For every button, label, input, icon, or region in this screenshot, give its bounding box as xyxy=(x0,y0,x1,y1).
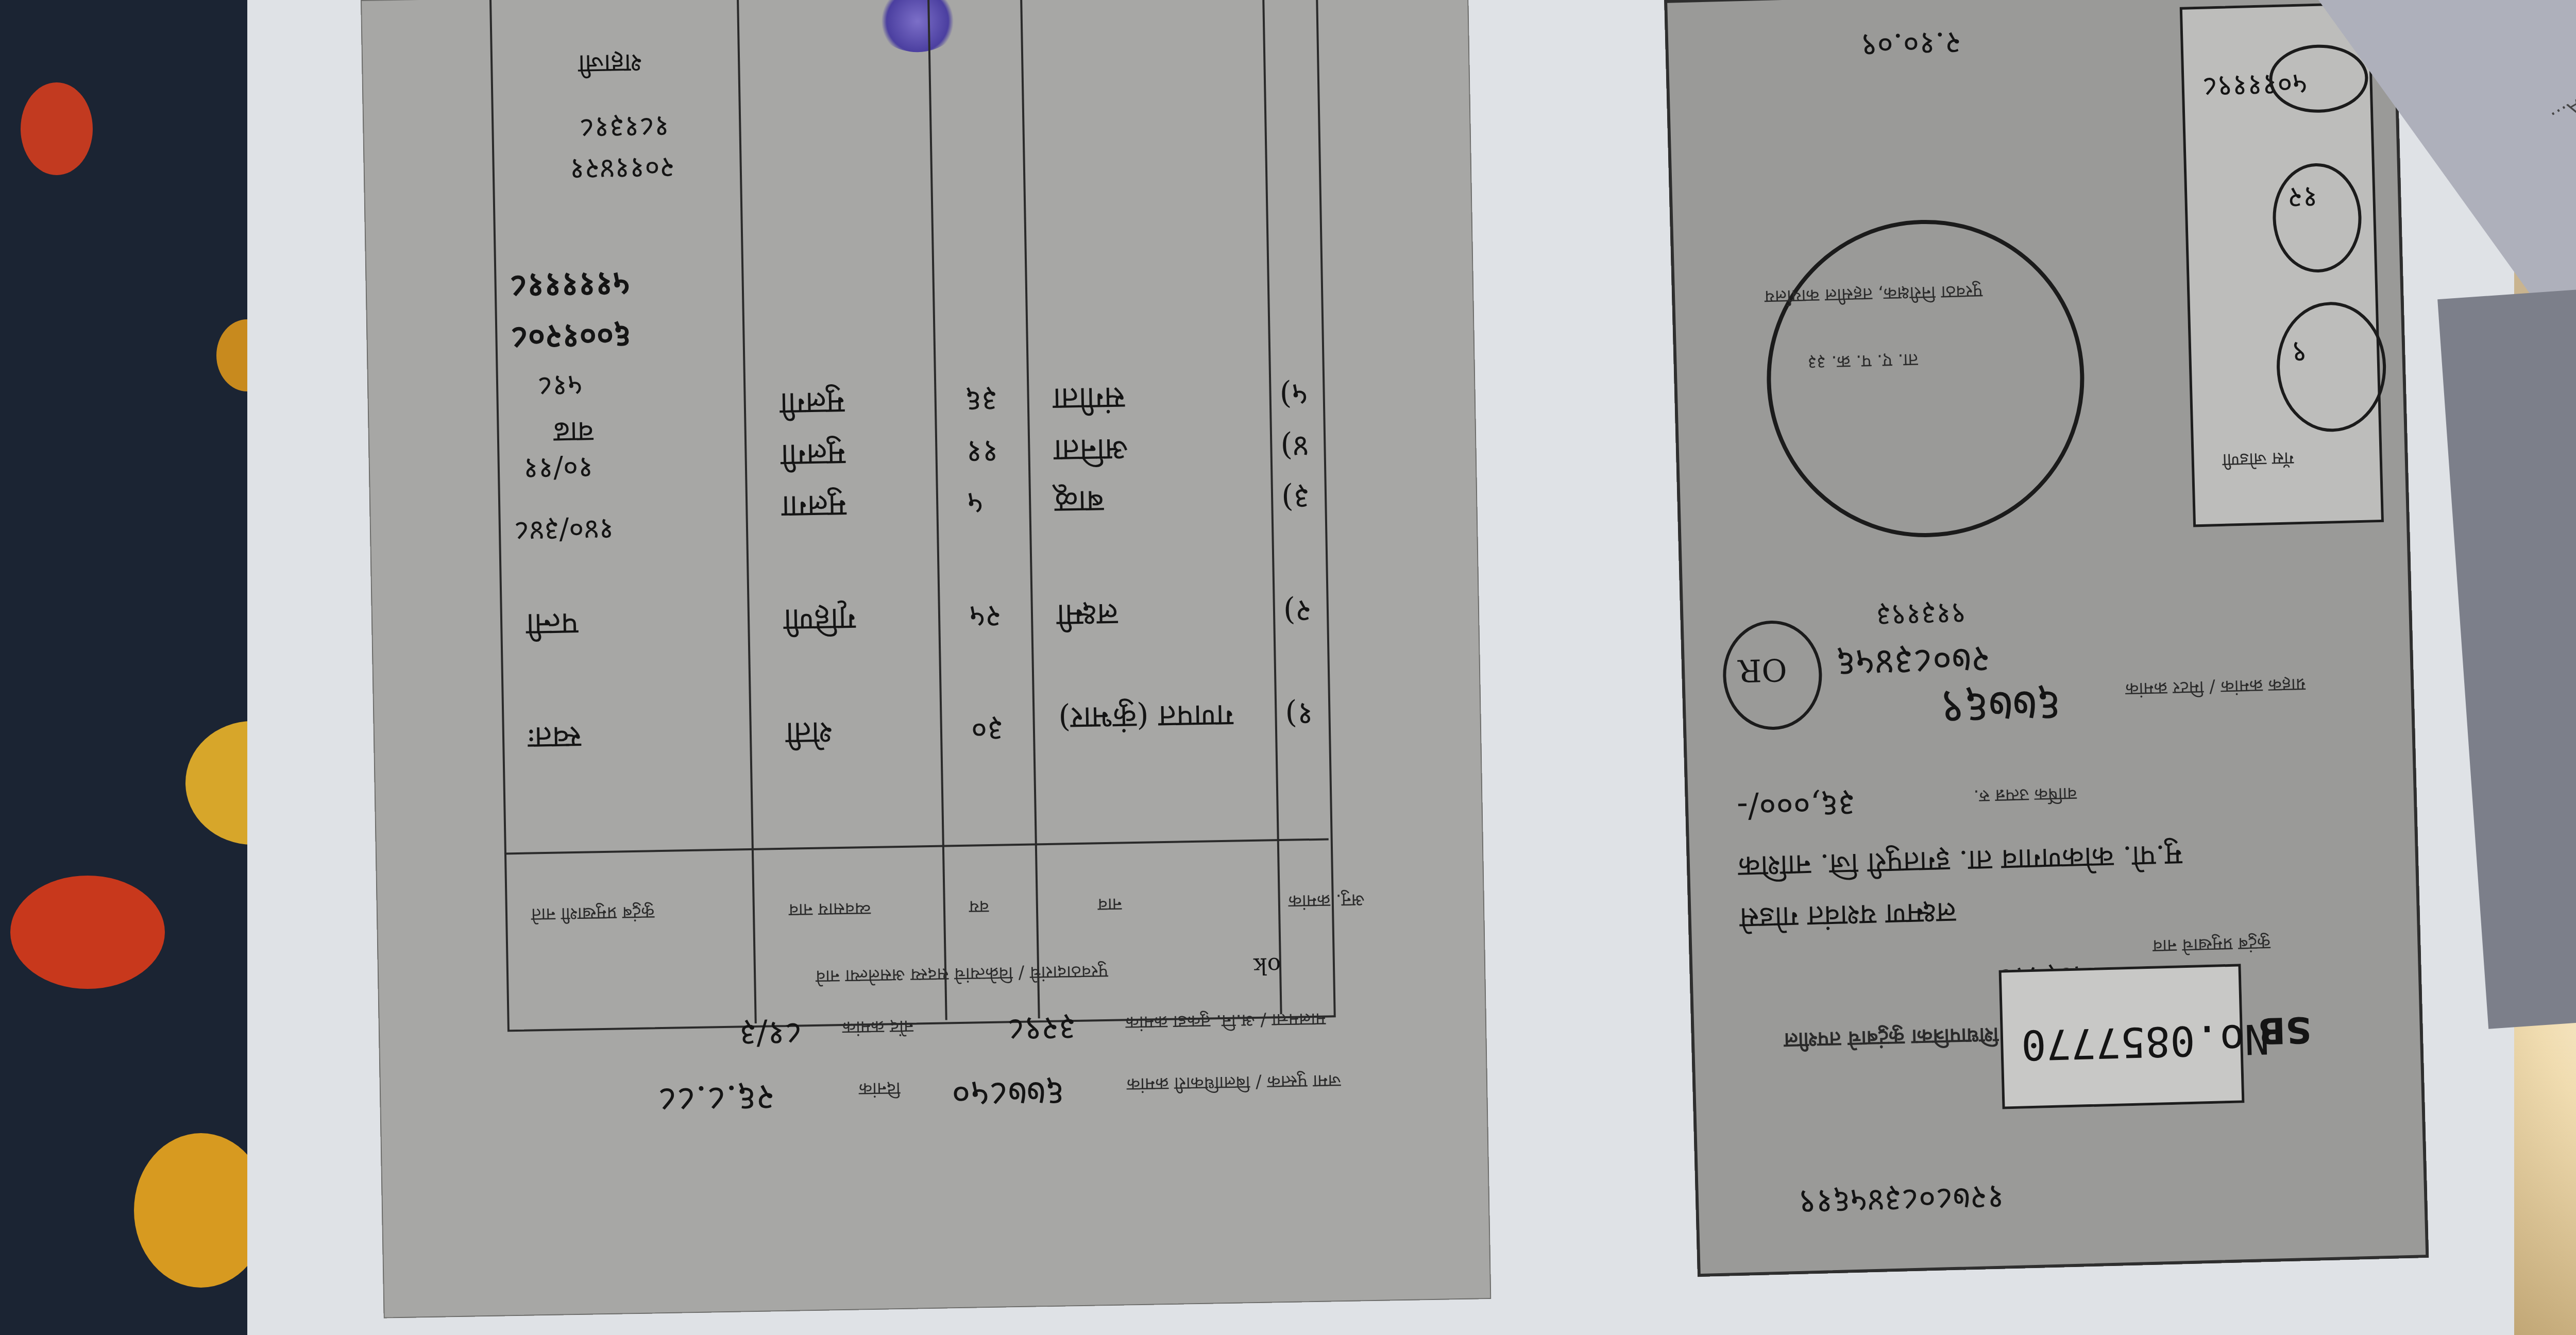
photo-scene: अनु. क्रमांक नाव वय व्यवसाय नाव कुटुंब प… xyxy=(0,0,2576,1335)
row-name: संगीता xyxy=(1053,378,1125,421)
col-header-serial: अनु. क्रमांक xyxy=(1288,889,1365,914)
sb-label: SB xyxy=(2258,1008,2312,1052)
consumer-number: ६७७६९ xyxy=(1940,675,2062,741)
row-serial: २) xyxy=(1283,591,1312,634)
row-serial: ५) xyxy=(1279,375,1308,418)
footer-serial: १२७८०८३४५६१९ xyxy=(1798,1176,2005,1226)
date-value: २६.८.८८ xyxy=(658,1074,775,1126)
fabric-red-spot xyxy=(10,876,165,989)
head-of-family-label: कुटुंब प्रमुखाचे नाव xyxy=(2153,932,2271,959)
entry-value: ८१/३ xyxy=(739,1012,802,1058)
fabric-red-spot xyxy=(21,82,93,175)
handwritten-note: १४०/३४८ xyxy=(514,511,614,552)
row-name: गणपत (कुंभार) xyxy=(1058,696,1234,741)
account-value: ६७७८५० xyxy=(951,1069,1064,1121)
row-age: ३६ xyxy=(965,381,998,423)
stamp-code: ता. ए. प. क्र. ३३ xyxy=(1807,349,1918,375)
shop-code: ९१३१९३ xyxy=(1875,595,1967,637)
row-name: अनिता xyxy=(1054,430,1129,473)
handwritten-note: ५१११११८ xyxy=(510,263,630,310)
table-header: गॅस जोडणी xyxy=(2222,447,2294,473)
handwritten-note: ६००१२०८ xyxy=(511,315,631,362)
card-title: शिधापत्रिका कुटुंबाचे तपशील xyxy=(1784,1022,1999,1056)
handwritten-note: ५१८ xyxy=(537,367,583,407)
row-occupation: मुलगी xyxy=(779,383,845,426)
row-name: बाळू xyxy=(1055,482,1105,525)
entry-label: नोंद क्रमांक xyxy=(842,1016,914,1040)
official-round-stamp xyxy=(1762,216,2088,541)
row-name: लक्ष्मी xyxy=(1056,595,1118,638)
flap-stamp-text: ADMINISTRATION OF MAHA… xyxy=(2548,0,2576,129)
handwritten-note: १०/११ xyxy=(523,449,594,489)
ok-mark: ok xyxy=(1253,952,1281,979)
row-serial: १) xyxy=(1285,694,1314,737)
col-header-age: वय xyxy=(969,896,989,920)
row-occupation: मुलगी xyxy=(781,435,846,478)
handwritten-note: वाढ xyxy=(553,413,594,453)
row-occupation: शेती xyxy=(785,713,833,756)
date-label: दिनांक xyxy=(859,1077,901,1102)
row-serial: ३) xyxy=(1281,478,1310,521)
property-label: मालमत्ता / अ.नि. तुकडा क्रमांक xyxy=(1126,1008,1326,1036)
handwritten-note: २०११४२१ xyxy=(569,149,675,190)
consumer-number-label: ग्राहक क्रमांक / मिटर क्रमांक xyxy=(2125,674,2306,702)
circled-mark-text: OR xyxy=(1738,651,1787,688)
sb-number: No.0857770 xyxy=(2021,1015,2270,1069)
row-age: ११ xyxy=(966,432,999,475)
account-label: जमा पुस्तक / बिलाधिकारी क्रमांक xyxy=(1127,1070,1342,1097)
col-header-relation: कुटुंब प्रमुखाशी नाते xyxy=(531,901,655,927)
annual-income: ३६,०००/- xyxy=(1736,783,1856,831)
row-age: ५ xyxy=(967,484,984,526)
table-value: ९ xyxy=(2291,334,2307,373)
row-serial: ४) xyxy=(1280,426,1309,469)
signature: शहाजी xyxy=(578,46,642,82)
col-header-name: नाव xyxy=(1098,893,1122,917)
annual-income-label: वार्षिक उत्पन्न रु. xyxy=(1973,783,2077,809)
handwritten-note: १८१३१८ xyxy=(579,108,670,149)
table-value: १२ xyxy=(2287,179,2318,218)
left-form-photocopy: अनु. क्रमांक नाव वय व्यवसाय नाव कुटुंब प… xyxy=(361,0,1491,1319)
row-age: २५ xyxy=(969,596,1002,639)
col-header-occupation: व्यवसाय नाव xyxy=(789,898,871,923)
signature-date: २.१०.०९ xyxy=(1860,23,1961,68)
row-occupation: गृहिणी xyxy=(783,599,856,642)
right-ration-card-photocopy: ५०१११९८ १२ ९ गॅस जोडणी ता. ए. प. क्र. ३३… xyxy=(1664,0,2429,1277)
row-occupation: मुलगा xyxy=(782,486,847,529)
row-age: ३० xyxy=(971,710,1004,752)
row-relation: स्वतः xyxy=(528,717,581,761)
address: मु.पो. कोकणगाव ता. इगतपुरी जि. नाशिक xyxy=(1738,836,2183,887)
head-of-family-name: लक्ष्मण यशवंत गोडसे xyxy=(1739,894,1957,939)
row-relation: पत्नी xyxy=(526,604,579,647)
property-value: ३२९८ xyxy=(1007,1007,1076,1053)
